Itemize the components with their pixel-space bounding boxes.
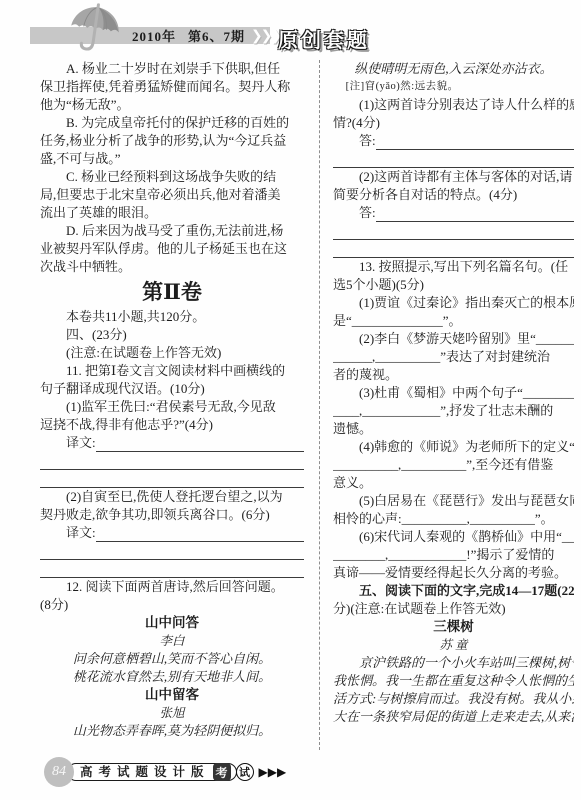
- text-line: 者的蔑视。: [333, 366, 574, 384]
- text-line: 句子翻译成现代汉语。(10分): [40, 380, 304, 398]
- essay-title: 三棵树: [333, 618, 574, 636]
- text-line: 意义。: [333, 474, 574, 492]
- text-line: (2)李白《梦游天姥吟留别》里“________: [333, 330, 574, 348]
- text-line: 保卫指挥使,凭着勇猛矫健而闻名。契丹人称: [40, 78, 304, 96]
- umbrella-icon: [65, 0, 126, 59]
- text-line: (注意:在试题卷上作答无效): [40, 344, 304, 362]
- text-line: 情?(4分): [333, 114, 574, 132]
- text-line: ________,____________!”揭示了爱情的: [333, 546, 574, 564]
- text-line: 活方式:与树擦肩而过。我没有树。我从小到: [333, 690, 574, 708]
- text-line: 次战斗中牺牲。: [40, 258, 304, 276]
- answer-line: [333, 222, 574, 240]
- text-line: (1)贾谊《过秦论》指出秦灭亡的根本原因: [333, 294, 574, 312]
- footer-banner: 高考试题设计版: [67, 763, 237, 781]
- text-line: 大在一条狭窄局促的街道上走来走去,从来没: [333, 708, 574, 726]
- text-line: 山光物态弄春晖,莫为轻阴便拟归。: [40, 722, 304, 740]
- text-line: ____,____________”,抒发了壮志未酬的: [333, 402, 574, 420]
- answer-line: [40, 452, 304, 470]
- answer-line: [40, 542, 304, 560]
- text-line: __________,__________”,至今还有借鉴: [333, 456, 574, 474]
- text-line: (1)这两首诗分别表达了诗人什么样的感: [333, 96, 574, 114]
- answer-line: [333, 240, 574, 258]
- page-footer: 84 高考试题设计版 考 试 ▶▶▶: [44, 757, 286, 787]
- text-line: 简要分析各自对话的特点。(4分): [333, 186, 574, 204]
- text-line: 任务,杨业分析了战争的形势,认为“今辽兵益: [40, 132, 304, 150]
- text-line: 选5个小题)(5分): [333, 276, 574, 294]
- text-line: 12. 阅读下面两首唐诗,然后回答问题。: [40, 578, 304, 596]
- page-body: A. 杨业二十岁时在刘崇手下供职,但任保卫指挥使,凭着勇猛矫健而闻名。契丹人称他…: [40, 60, 574, 756]
- text-line: 桃花流水窅然去,别有天地非人间。: [40, 668, 304, 686]
- text-line: 盛,不可与战。”: [40, 150, 304, 168]
- text-line: B. 为完成皇帝托付的保护迁移的百姓的: [40, 114, 304, 132]
- text-line: 业被契丹军队俘虏。他的儿子杨延玉也在这: [40, 240, 304, 258]
- text-line: 纵使晴明无雨色,入云深处亦沾衣。: [333, 60, 574, 78]
- left-column: A. 杨业二十岁时在刘崇手下供职,但任保卫指挥使,凭着勇猛矫健而闻名。契丹人称他…: [40, 60, 304, 756]
- answer-line: 译文:: [40, 524, 304, 542]
- text-line: (2)自寅至巳,侁使人登托逻台望之,以为: [40, 488, 304, 506]
- poem-title: 山中问答: [40, 614, 304, 632]
- shi-badge: 试: [236, 763, 254, 781]
- text-line: (2)这两首诗都有主体与客体的对话,请: [333, 168, 574, 186]
- essay-author: 苏 童: [333, 636, 574, 654]
- text-line: 分)(注意:在试题卷上作答无效): [333, 600, 574, 618]
- text-line: 他为“杨无敌”。: [40, 96, 304, 114]
- text-line: D. 后来因为战马受了重伤,无法前进,杨: [40, 222, 304, 240]
- text-line: 11. 把第Ⅰ卷文言文阅读材料中画横线的: [40, 362, 304, 380]
- text-line: 问余何意栖碧山,笑而不答心自闲。: [40, 650, 304, 668]
- footer-arrows-icon: ▶▶▶: [259, 765, 287, 779]
- text-line: (5)白居易在《琵琶行》发出与琵琶女同病: [333, 492, 574, 510]
- text-line: 是“______________”。: [333, 312, 574, 330]
- text-line: (1)监军王侁曰:“君侯素号无敌,今见敌: [40, 398, 304, 416]
- poem-author: 张旭: [40, 704, 304, 722]
- footnote: [注]窅(yǎo)然:远去貌。: [333, 78, 574, 96]
- text-line: (3)杜甫《蜀相》中两个句子“__________: [333, 384, 574, 402]
- text-line: (4)韩愈的《师说》为老师所下的定义“__: [333, 438, 574, 456]
- header-year: 2010年: [132, 26, 176, 45]
- chevrons-icon: ❯❯❯: [251, 28, 280, 44]
- text-line: 五、阅读下面的文字,完成14—17题(22: [333, 582, 574, 600]
- text-line: C. 杨业已经预料到这场战争失败的结: [40, 168, 304, 186]
- text-line: 流出了英雄的眼泪。: [40, 204, 304, 222]
- kao-badge: 考: [213, 763, 231, 781]
- answer-line: [40, 560, 304, 578]
- right-column: 纵使晴明无雨色,入云深处亦沾衣。[注]窅(yǎo)然:远去貌。(1)这两首诗分别…: [333, 60, 574, 756]
- poem-title: 山中留客: [40, 686, 304, 704]
- text-line: 我怅惘。我一生都在重复这种令人怅惘的生: [333, 672, 574, 690]
- text-line: A. 杨业二十岁时在刘崇手下供职,但任: [40, 60, 304, 78]
- answer-line: [333, 150, 574, 168]
- poem-author: 李白: [40, 632, 304, 650]
- text-line: (6)宋代词人秦观的《鹊桥仙》中用“____: [333, 528, 574, 546]
- answer-line: [40, 470, 304, 488]
- text-line: 局,但要忠于北宋皇帝必须出兵,他对着潘美: [40, 186, 304, 204]
- text-line: 遗憾。: [333, 420, 574, 438]
- text-line: 真谛——爱情要经得起长久分离的考验。: [333, 564, 574, 582]
- text-line: (8分): [40, 596, 304, 614]
- page-number: 84: [44, 757, 74, 787]
- text-line: 京沪铁路的一个小火车站叫三棵树,树令: [333, 654, 574, 672]
- text-line: 逗挠不战,得非有他志乎?”(4分): [40, 416, 304, 434]
- text-line: 13. 按照提示,写出下列名篇名句。(任: [333, 258, 574, 276]
- answer-line: 答:: [333, 204, 574, 222]
- header-issue: 第6、7期: [188, 26, 245, 45]
- magazine-page: 2010年 第6、7期 ❯❯❯ 原创套题 A. 杨业二十岁时在刘崇手下供职,但任…: [0, 0, 581, 800]
- column-divider: [319, 60, 320, 750]
- text-line: 本卷共11小题,共120分。: [40, 308, 304, 326]
- text-line: ______,__________”表达了对封建统治: [333, 348, 574, 366]
- text-line: 四、(23分): [40, 326, 304, 344]
- answer-line: 答:: [333, 132, 574, 150]
- text-line: 相怜的心声:__________,__________”。: [333, 510, 574, 528]
- answer-line: 译文:: [40, 434, 304, 452]
- section-heading: 第Ⅱ卷: [40, 276, 304, 308]
- magazine-logo: 原创套题: [278, 24, 370, 53]
- text-line: 契丹败走,欲争其功,即领兵离谷口。(6分): [40, 506, 304, 524]
